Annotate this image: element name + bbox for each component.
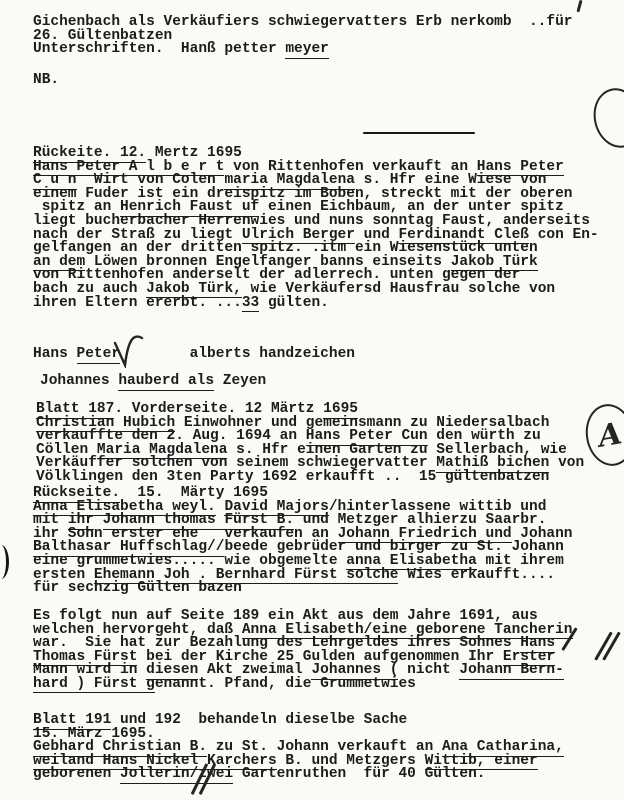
underlined-text-segment: Johann Bern- — [459, 662, 563, 680]
blatt-191-section: Blatt 191 und 192 behandeln dieselbe Sac… — [33, 714, 564, 782]
paren-mark-left-margin — [0, 545, 9, 579]
text-segment: Völklingen den 3ten Party 1692 erkaufft … — [36, 469, 549, 485]
document-page: Gichenbach als Verkäufiers schwiegervatt… — [0, 0, 624, 800]
corner-tick-mark — [578, 0, 584, 12]
signature-line-hauberd: Johannes hauberd als Zeyen — [40, 375, 266, 389]
underlined-text-segment: hauberd als — [118, 373, 214, 391]
underlined-text-segment: meyer — [285, 41, 329, 59]
underlined-text-segment: Jollerin/zwei — [120, 766, 233, 784]
text-line: Unterschriften. Hanß petter meyer — [33, 43, 573, 57]
seite-189-paragraph: Es folgt nun auf Seite 189 ein Akt aus d… — [33, 610, 573, 692]
double-slash-mark-jollerin — [198, 762, 212, 796]
text-segment: und 192 behandeln dieselbe Sache — [111, 712, 407, 728]
text-line: NB. — [33, 74, 59, 88]
text-segment: alberts handzeichen — [120, 346, 355, 362]
slash-mark-tancherin — [568, 626, 574, 652]
underlined-text-segment: 33 — [242, 295, 259, 313]
rueckseite-12-maertz-section: Rückeite. 12. Mertz 1695Hans Peter A l b… — [33, 147, 599, 310]
text-segment: Wies erkaufft.... — [398, 567, 555, 583]
text-line: Johannes hauberd als Zeyen — [40, 375, 266, 389]
text-segment: enannt. Pfand, die Grummetwies — [155, 676, 416, 692]
section-divider-rule — [363, 132, 475, 134]
text-segment: con En- — [529, 227, 599, 243]
circled-letter-mark-top — [587, 83, 624, 153]
nb-note: NB. — [33, 74, 59, 88]
text-segment: Zeyen — [214, 373, 266, 389]
underlined-text-segment: hard ) Fürst g — [33, 676, 155, 694]
stroke — [602, 631, 620, 660]
signature-line-albert: Hans Peter alberts handzeichen — [33, 348, 355, 362]
circled-a-mark: A — [581, 400, 624, 469]
text-segment: Hans — [33, 346, 77, 362]
text-line: Völklingen den 3ten Party 1692 erkaufft … — [36, 471, 584, 485]
text-line: Hans Peter alberts handzeichen — [33, 348, 355, 362]
text-line: hard ) Fürst genannt. Pfand, die Grummet… — [33, 678, 573, 692]
blatt-187-section: Blatt 187. Vorderseite. 12 Märtz 1695Chr… — [36, 403, 584, 485]
text-segment: NB. — [33, 72, 59, 88]
text-segment: geborenen — [33, 766, 120, 782]
signature-squiggle-mark — [112, 334, 146, 368]
text-segment: gülten. — [259, 295, 329, 311]
text-segment: für sechzig Gülten bazen — [33, 580, 242, 596]
text-segment: von — [549, 455, 584, 471]
intro-paragraph: Gichenbach als Verkäufiers schwiegervatt… — [33, 16, 573, 57]
rueckseite-15-maerty-section: Rückseite. 15. Märty 1695Anna Elisabetha… — [33, 487, 573, 596]
text-segment: Unterschriften. Hanß petter — [33, 41, 285, 57]
text-segment: Gartenruthen für 40 Gülten. — [233, 766, 485, 782]
text-segment: Johannes — [40, 373, 118, 389]
stroke — [576, 0, 582, 12]
text-line: geborenen Jollerin/zwei Gartenruthen für… — [33, 768, 564, 782]
text-line: ihren Eltern ererbt. ...33 gülten. — [33, 297, 599, 311]
double-slash-mark-margin — [602, 630, 616, 662]
text-segment: ihren Eltern ererbt. ... — [33, 295, 242, 311]
text-line: für sechzig Gülten bazen — [33, 582, 573, 596]
